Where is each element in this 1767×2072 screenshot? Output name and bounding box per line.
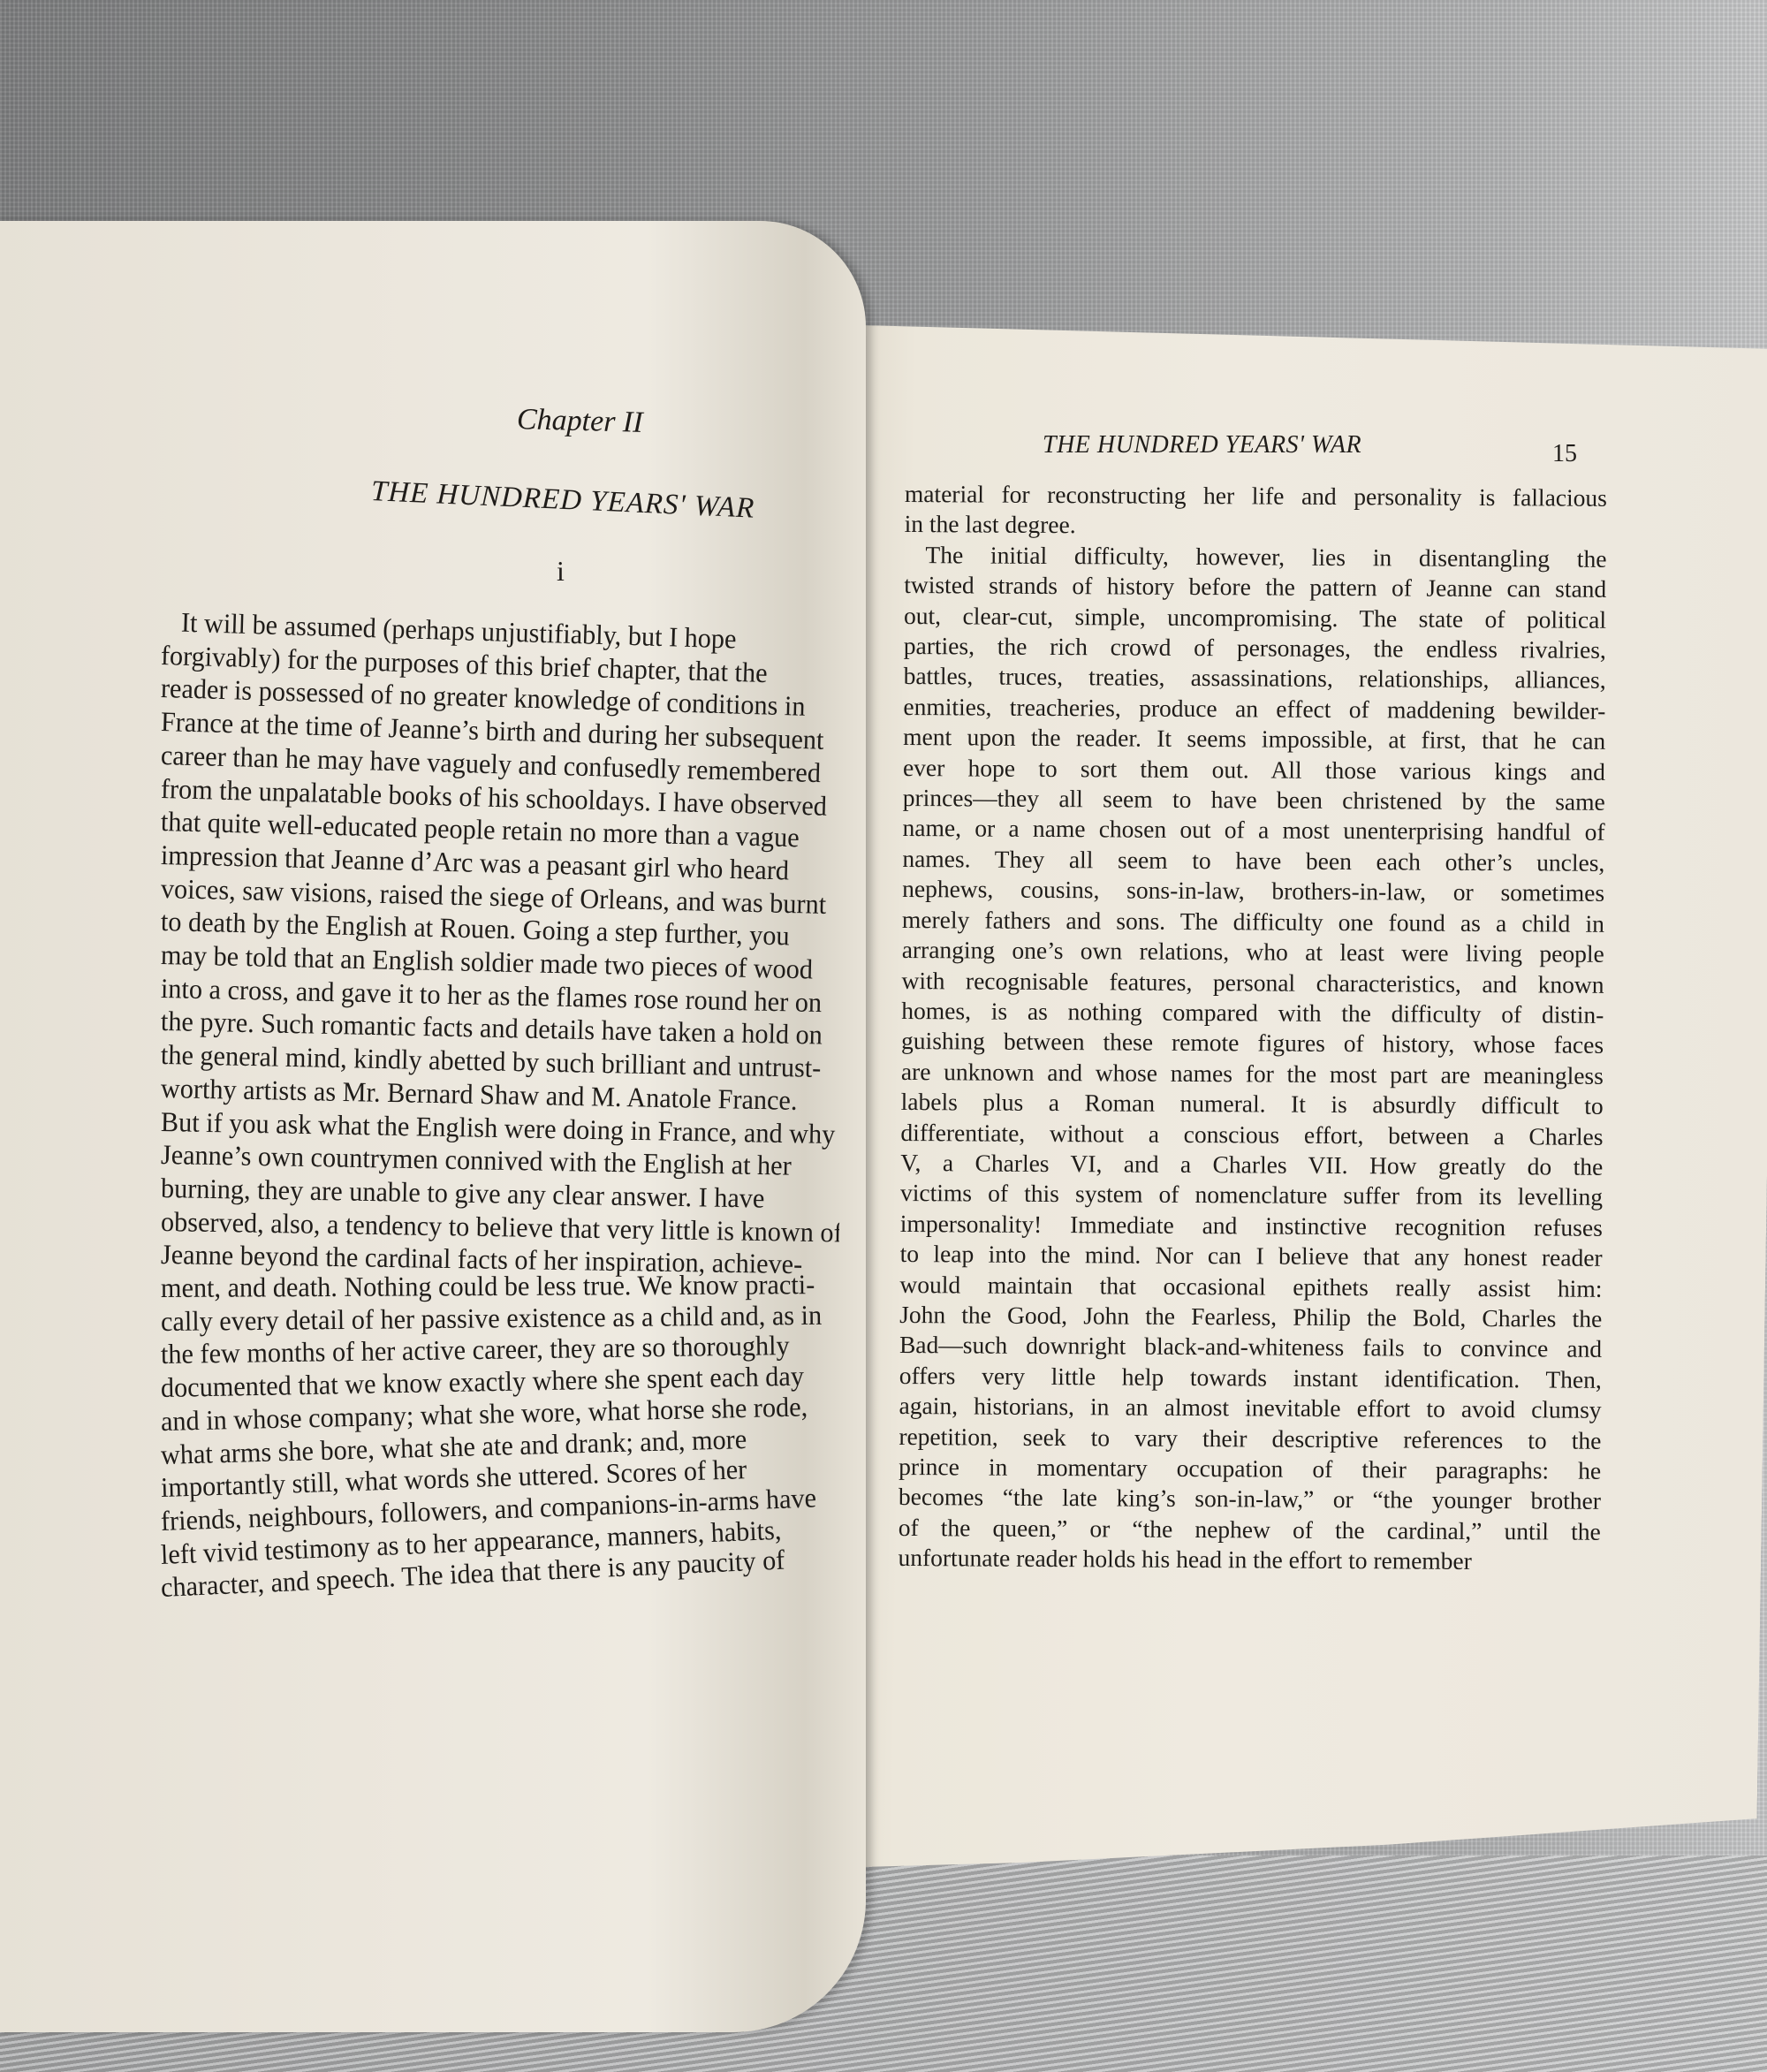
- text-line: guishing between these remote figures of…: [901, 1026, 1604, 1060]
- text-line: parties, the rich crowd of personages, t…: [904, 631, 1606, 665]
- text-line: names. They all seem to have been each o…: [902, 844, 1604, 878]
- text-line: material for reconstructing her life and…: [905, 479, 1607, 513]
- text-line: victims of this system of nomenclature s…: [900, 1178, 1603, 1212]
- text-line: Bad—such downright black-and-whiteness f…: [899, 1330, 1602, 1364]
- text-line: differentiate, without a conscious effor…: [900, 1118, 1603, 1152]
- text-line: princes—they all seem to have been chris…: [903, 783, 1605, 817]
- page-number: 15: [1552, 440, 1577, 468]
- text-line: homes, is as nothing compared with the d…: [901, 996, 1604, 1030]
- text-line: V, a Charles VI, and a Charles VII. How …: [900, 1148, 1603, 1182]
- text-line: battles, truces, treaties, assassination…: [904, 661, 1606, 695]
- text-line: prince in momentary occupation of their …: [899, 1452, 1601, 1486]
- text-line: becomes “the late king’s son-in-law,” or…: [899, 1482, 1601, 1516]
- text-line: enmities, treacheries, produce an effect…: [903, 692, 1605, 726]
- text-line: offers very little help towards instant …: [899, 1361, 1602, 1395]
- text-line: twisted strands of history before the pa…: [904, 570, 1606, 604]
- text-line: unfortunate reader holds his head in the…: [898, 1543, 1600, 1577]
- text-line: The initial difficulty, however, lies in…: [904, 540, 1606, 574]
- section-number: i: [557, 555, 565, 588]
- text-line: would maintain that occasional epithets …: [899, 1270, 1602, 1304]
- text-line: impersonality! Immediate and instinctive…: [900, 1209, 1603, 1243]
- text-line: name, or a name chosen out of a most une…: [902, 813, 1604, 847]
- text-line: arranging one’s own relations, who at le…: [902, 935, 1604, 969]
- text-line: nephews, cousins, sons-in-law, brothers-…: [902, 874, 1604, 908]
- text-line: in the last degree.: [905, 509, 1607, 543]
- text-line: again, historians, in an almost inevitab…: [899, 1391, 1601, 1425]
- right-page-body: material for reconstructing her life and…: [898, 479, 1607, 1577]
- text-line: ment upon the reader. It seems impossibl…: [903, 722, 1605, 756]
- text-line: are unknown and whose names for the most…: [901, 1057, 1604, 1091]
- chapter-label: Chapter II: [517, 403, 644, 440]
- text-line: repetition, seek to vary their descripti…: [899, 1422, 1601, 1456]
- text-line: out, clear-cut, simple, uncompromising. …: [904, 601, 1606, 635]
- running-header: THE HUNDRED YEARS' WAR: [1043, 431, 1361, 459]
- text-line: of the queen,” or “the nephew of the car…: [899, 1513, 1601, 1547]
- text-line: with recognisable features, personal cha…: [901, 965, 1604, 999]
- left-page-body: It will be assumed (perhaps unjustifiabl…: [161, 605, 868, 1605]
- text-line: to leap into the mind. Nor can I believe…: [900, 1239, 1603, 1273]
- text-line: merely fathers and sons. The difficulty …: [902, 905, 1604, 939]
- text-line: John the Good, John the Fearless, Philip…: [899, 1300, 1602, 1334]
- text-line: ever hope to sort them out. All those va…: [903, 753, 1605, 787]
- text-line: labels plus a Roman numeral. It is absur…: [901, 1087, 1604, 1121]
